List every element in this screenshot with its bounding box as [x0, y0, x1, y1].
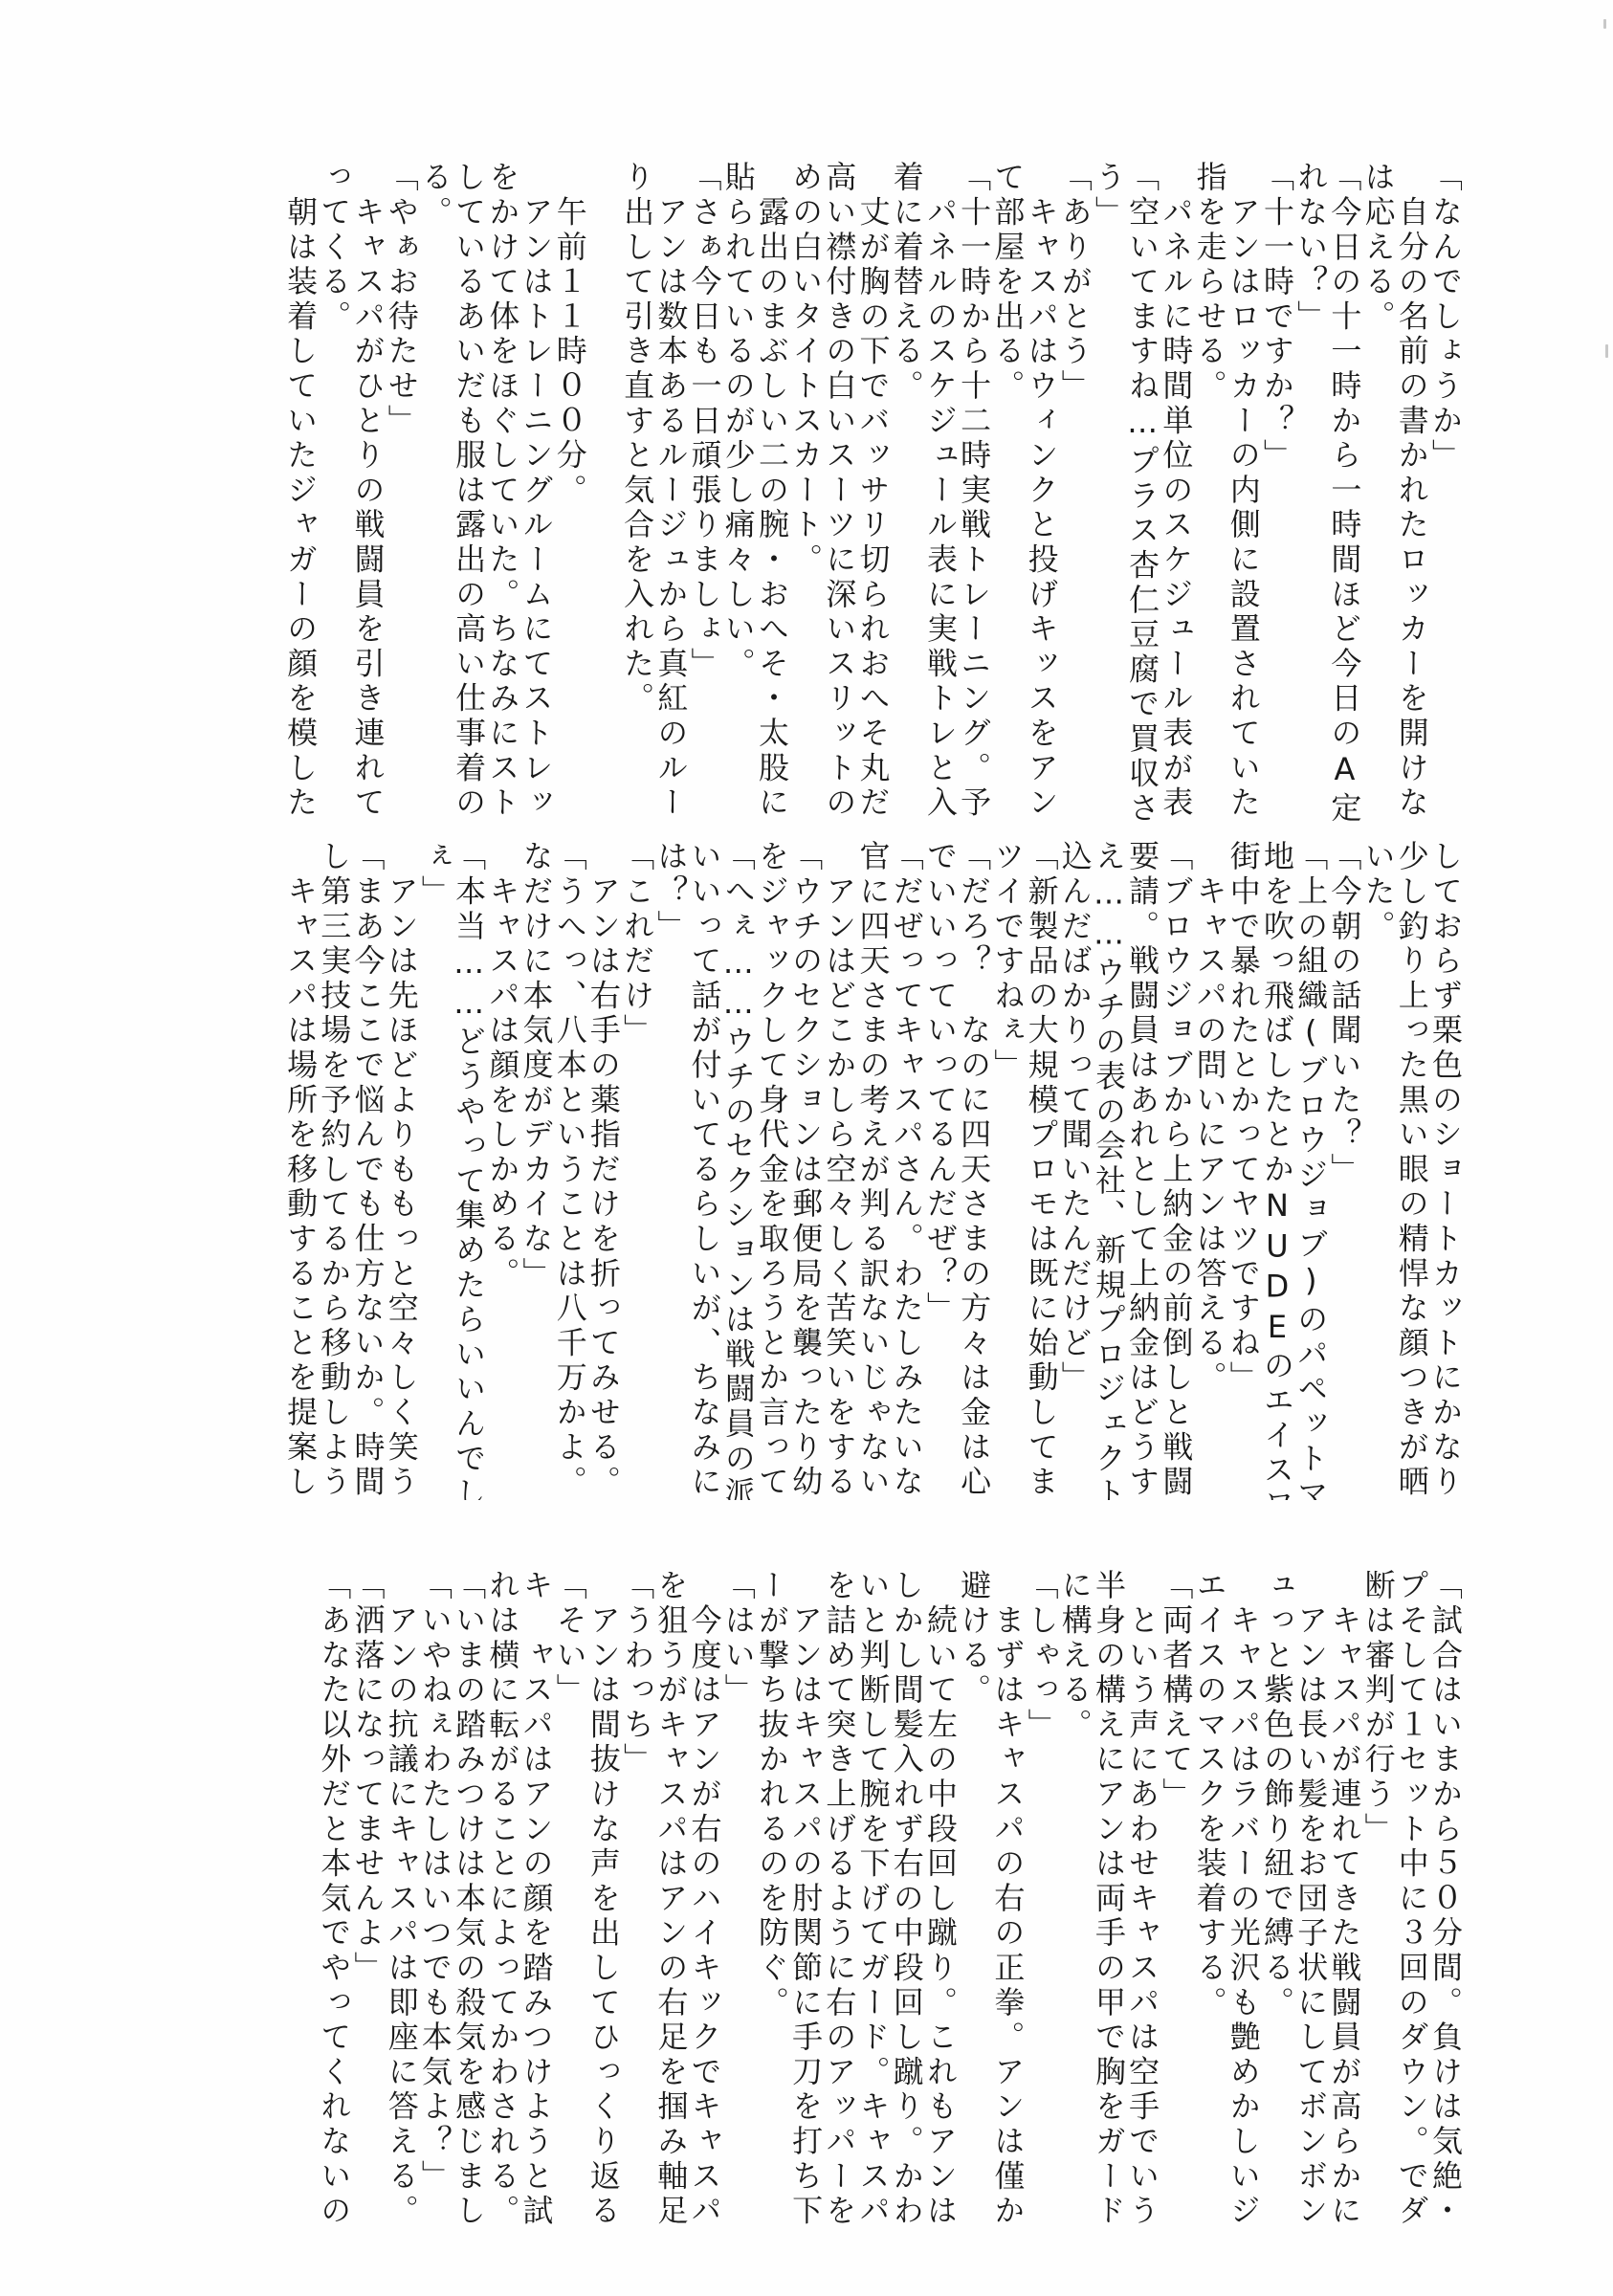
text-column: 「これだけ」	[620, 840, 653, 1500]
text-column: エイスのマスクを装着する。	[1192, 1569, 1226, 2229]
text-column: 「ブロウジョブから上納金の前倒しと戦闘員の派遣	[1159, 840, 1192, 1500]
text-column: 「だろ？ なのに四天さまの方々は金は心配しない	[957, 840, 990, 1500]
scanned-page: 「なんでしょうか」 自分の名前の書かれたロッカーを開けながらアンは応える。「今日…	[0, 0, 1613, 2296]
text-column: 貼られているのが少し痛々しい。	[721, 161, 755, 821]
text-column: 要請。戦闘員はあれとして上納金はどうするのかね	[1125, 840, 1159, 1500]
text-column: キャスパは場所を移動することを提案した。	[283, 840, 317, 1500]
text-column: を詰めて突き上げるように右のアッパーを繰り出す。	[822, 1569, 855, 2229]
text-column: いいって話が付いてるらしいが、ちなみにノルマ	[687, 840, 720, 1500]
text-column: でいいっていってるんだぜ？」	[923, 840, 957, 1500]
text-column: アンはトレーニングルームにてストレッチで時間	[519, 161, 552, 821]
text-column: キ ャスパはアンの顔を踏みつけようと試みるがこ	[519, 1569, 552, 2229]
text-band-middle: しておらず栗色のショートカットにかなり太めの眉。少し釣り上った黒い眼の精悍な顔つ…	[180, 840, 1462, 1500]
text-column: 「そい」	[553, 1569, 586, 2229]
text-column: 今度はアンが右のハイキックでキャスパの側頭部	[687, 1569, 720, 2229]
text-column: 着に着替える。	[890, 161, 923, 821]
text-column: キャスパは顔をしかめる。	[485, 840, 519, 1500]
text-column: 「まあ今ここで悩んでも仕方ないか。時間も惜しい	[350, 840, 384, 1500]
text-column: 「ありがとう」	[1058, 161, 1092, 821]
text-column: なだけに本気度がデカイな」	[519, 840, 552, 1500]
text-column: アンは間抜けな声を出してひっくり返る。	[586, 1569, 620, 2229]
text-column: アンは右手の薬指だけを折ってみせる。	[586, 840, 620, 1500]
text-column: まずはキャスパの右の正拳。アンは僅かな動作で	[990, 1569, 1024, 2229]
text-column: 「上の組織(ブロウジョブ)のパペットマスターが基	[1293, 840, 1327, 1500]
text-column: 「空いてますね…プラス杏仁豆腐で買収されましょ	[1125, 161, 1159, 821]
text-column: 込んだばかりって聞いたんだけど」	[1058, 840, 1092, 1500]
text-column: キャスパはラバーの光沢も艶めかしいジャガーフ	[1226, 1569, 1260, 2229]
text-column: ツイですねぇ」	[990, 840, 1024, 1500]
text-column: 断は審判が行う」	[1360, 1569, 1394, 2229]
text-column: 半身の構えにアンは両手の甲で胸をガードするよう	[1092, 1569, 1125, 2229]
text-column: 「うわっち」	[620, 1569, 653, 2229]
text-column: り出して引き直すと気合を入れた。	[620, 161, 653, 821]
text-column: アンは長い髪をお団子状にしてボンボンに包むとキ	[1293, 1569, 1327, 2229]
text-column: れない？」	[1293, 161, 1327, 821]
text-column: 「あなた以外だと本気でやってくれないのよ」	[317, 1569, 350, 2229]
text-column: キャスパが連れてきた戦闘員が高らかに宣言する。	[1327, 1569, 1360, 2229]
text-column: 「新製品の大規模プロモは既に始動してますからキ	[1024, 840, 1057, 1500]
text-column: る。	[418, 161, 452, 821]
text-column: 丈が胸の下でバッサリ切られおへそ丸だしという	[855, 161, 889, 821]
text-column: 続いて左の中段回し蹴り。これもアンはかわす。	[923, 1569, 957, 2229]
text-band-bottom: 「試合はいまから５０分間。負けは気絶・ギブアップそして１セット中に３回のダウン。…	[180, 1569, 1462, 2229]
text-column: アンの抗議にキャスパは即座に答える。	[385, 1569, 418, 2229]
text-column: 「いまの踏みつけは本気の殺気を感じましたよ」	[452, 1569, 485, 2229]
text-column: パネルに時間単位のスケジュール表が表示される。	[1159, 161, 1192, 821]
text-column: 「十一時から十二時実戦トレーニング。予約」	[957, 161, 990, 821]
text-column: う」	[1092, 161, 1125, 821]
text-column: 「ウチのセクションは郵便局を襲ったり幼稚園バス	[788, 840, 822, 1500]
text-column: れは横に転がることによってかわされる。	[485, 1569, 519, 2229]
text-column: に構える。	[1058, 1569, 1092, 2229]
text-column: 「うへっ、八本ということは八千万かよ。額が半端	[553, 840, 586, 1500]
text-band-top: 「なんでしょうか」 自分の名前の書かれたロッカーを開けながらアンは応える。「今日…	[180, 161, 1462, 821]
text-column: しておらず栗色のショートカットにかなり太めの眉。	[1428, 840, 1462, 1500]
text-column: めの白いタイトスカート。	[788, 161, 822, 821]
text-column: し第三実技場を予約してるから移動しようか」	[317, 840, 350, 1500]
text-column: しかし間髪入れず右の中段回し蹴り。かわしきれな	[890, 1569, 923, 2229]
scan-artifact	[1605, 344, 1608, 358]
text-column: 「さぁ今日も一日頑張りましょ」	[687, 161, 720, 821]
text-column	[586, 161, 620, 821]
text-column: ュっと紫色の飾り紐で縛る。	[1260, 1569, 1293, 2229]
text-column: は応える。	[1360, 161, 1394, 821]
text-column: 露出のまぶしい二の腕・おへそ・太股に絆創膏が	[755, 161, 788, 821]
text-column: 指を走らせる。	[1192, 161, 1226, 821]
text-column: しているあいだも服は露出の高い仕事着のままであ	[452, 161, 485, 821]
text-column: 「なんでしょうか」	[1428, 161, 1462, 821]
text-column: キャスパの問いにアンは答える。	[1192, 840, 1226, 1500]
text-column: は？」	[653, 840, 687, 1500]
text-column: をジャックして身代金を取ろうとか言ってますよ」	[755, 840, 788, 1500]
text-column: パネルのスケジュール表に実戦トレと入力し仕事	[923, 161, 957, 821]
text-column: アンはどこかしら空々しく苦笑いをする。	[822, 840, 855, 1500]
text-column: キャスパはウィンクと投げキッスをアンに寄こし	[1024, 161, 1057, 821]
text-column: 「十一時ですか？」	[1260, 161, 1293, 821]
text-column: 高い襟付きの白いスーツに深いスリットの入った短	[822, 161, 855, 821]
text-column: という声にあわせキャスパは空手でいうところの	[1125, 1569, 1159, 2229]
text-column: 自分の名前の書かれたロッカーを開けながらアン	[1395, 161, 1428, 821]
text-column: を狙うがキャスパはアンの右足を掴み軸足を払う。	[653, 1569, 687, 2229]
text-column: ってくる。	[317, 161, 350, 821]
text-column: 「だぜってキャスパさん。わたしみたいな下級指揮	[890, 840, 923, 1500]
text-column: キャスパがひとりの戦闘員を引き連れて部屋に入	[350, 161, 384, 821]
text-column: 「へぇ……ウチのセクションは戦闘員の派遣だけで	[721, 840, 755, 1500]
text-column: 官に四天さまの考えが判る訳ないじゃないですか」	[855, 840, 889, 1500]
text-column: ぇ」	[418, 840, 452, 1500]
text-column: 「しゃっ」	[1024, 1569, 1057, 2229]
text-column: 地を吹っ飛ばしたとかNUDEのエイスワンダーが	[1260, 840, 1293, 1500]
text-column: え……ウチの表の会社、新規プロジェクトに金突っ	[1092, 840, 1125, 1500]
text-column: 「今日の十一時から一時間ほど今日のA定食で雇わ	[1327, 161, 1360, 821]
text-column: て部屋を出る。	[990, 161, 1024, 821]
text-column: 「両者構えて」	[1159, 1569, 1192, 2229]
text-column: いた。	[1360, 840, 1394, 1500]
text-column: 朝は装着していたジャガーの顔を模したマスクは	[283, 161, 317, 821]
text-column: 「試合はいまから５０分間。負けは気絶・ギブアッ	[1428, 1569, 1462, 2229]
text-column: 「はい」	[721, 1569, 755, 2229]
text-column: プそして１セット中に３回のダウン。でダウンの判	[1395, 1569, 1428, 2229]
text-column: 「本当……どうやって集めたらいいんでしょうね	[452, 840, 485, 1500]
scan-artifact	[1603, 19, 1606, 29]
text-column: 「今朝の話聞いた？」	[1327, 840, 1360, 1500]
text-column: アンはロッカーの内側に設置されていたパネルに	[1226, 161, 1260, 821]
text-column: アンはキャスパの肘関節に手刀を打ち下ろしアッパ	[788, 1569, 822, 2229]
text-column: ーが撃ち抜かれるのを防ぐ。	[755, 1569, 788, 2229]
text-column: 避ける。	[957, 1569, 990, 2229]
text-column: 街中で暴れたとかってヤツですね」	[1226, 840, 1260, 1500]
text-column: 「洒落になってませんよ」	[350, 1569, 384, 2229]
text-column: アンは数本あるルージュから真紅のルージュを取	[653, 161, 687, 821]
text-column: アンは先ほどよりももっと空々しく笑う。	[385, 840, 418, 1500]
text-column: 「いやねぇわたしはいつでも本気よ？」	[418, 1569, 452, 2229]
text-column: いと判断して腕を下げてガード。キャスパは間合い	[855, 1569, 889, 2229]
text-column: 午前１１時００分。	[553, 161, 586, 821]
text-column: をかけて体をほぐしていた。ちなみにストレッチを	[485, 161, 519, 821]
text-column: 「やぁお待たせ」	[385, 161, 418, 821]
text-column: 少し釣り上った黒い眼の精悍な顔つきが晒されて	[1395, 840, 1428, 1500]
